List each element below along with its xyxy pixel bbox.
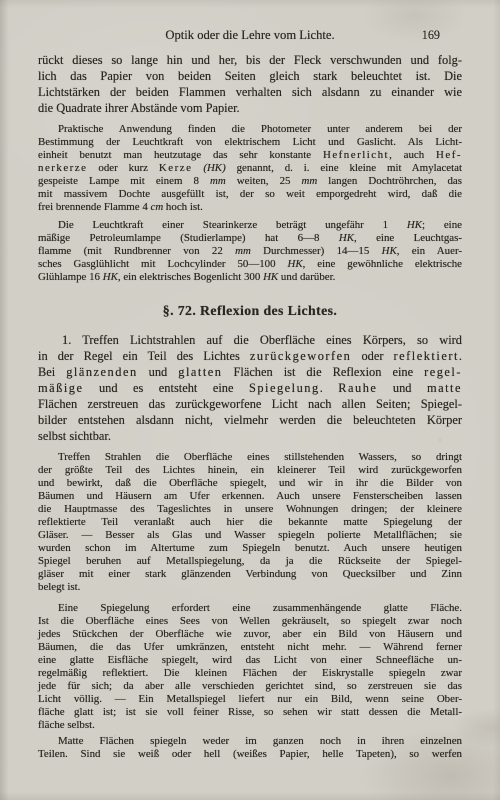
text-line: Matte Flächen spiegeln weder im ganzen n… xyxy=(38,735,462,748)
text-line: bilder entstehen alsdann nicht, vielmehr… xyxy=(38,412,462,428)
paragraph: Die Leuchtkraft einer Stearinkerze beträ… xyxy=(38,219,462,284)
text-line: die Hauptmasse des Tageslichtes in unser… xyxy=(38,503,462,516)
text-line: fläche glatt ist; ist sie voll feiner Ri… xyxy=(38,706,462,719)
text-line: die Quadrate ihrer Abstände vom Papier. xyxy=(38,100,462,116)
text-line: und bewirkt, daß die Oberfläche spiegelt… xyxy=(38,477,462,490)
text-line: jedes Stückchen der Oberfläche wie zuvor… xyxy=(38,628,462,641)
text-line: Bäumen und Häusern am Ufer erkennen. Auc… xyxy=(38,490,462,503)
text-line: der größte Teil des Lichtes hinein, ein … xyxy=(38,464,462,477)
text-line: Bei glänzenden und glatten Flächen ist d… xyxy=(38,364,462,380)
text-line: lich das Papier von beiden Seiten gleich… xyxy=(38,68,462,84)
text-line: mäßige Petroleumlampe (Studierlampe) hat… xyxy=(38,232,462,245)
paragraph: rückt dieses so lange hin und her, bis d… xyxy=(38,52,462,116)
text-line: jede für sich; da aber alle verschieden … xyxy=(38,680,462,693)
text-line: gläser mit einer stark glänzenden Verbin… xyxy=(38,568,462,581)
text-line: gespeiste Lampe mit einem 8 mm weiten, 2… xyxy=(38,175,462,188)
content: rückt dieses so lange hin und her, bis d… xyxy=(38,50,462,761)
text-line: Praktische Anwendung finden die Photomet… xyxy=(38,123,462,136)
text-line: Bestimmung der Leuchtkraft von elektrisc… xyxy=(38,136,462,149)
text-line: Flächen zerstreuen das zurückgeworfene L… xyxy=(38,396,462,412)
paragraph: 1. Treffen Lichtstrahlen auf die Oberflä… xyxy=(38,332,462,444)
text-line: wurden schon im Altertume zum Spiegeln b… xyxy=(38,542,462,555)
text-line: in der Regel ein Teil des Lichtes zurück… xyxy=(38,348,462,364)
text-line: Eine Spiegelung erfordert eine zusammenh… xyxy=(38,602,462,615)
text-line: flamme (mit Rundbrenner von 22 mm Durchm… xyxy=(38,245,462,258)
text-line: 1. Treffen Lichtstrahlen auf die Oberflä… xyxy=(38,332,462,348)
text-line: Ist die Oberfläche eines Sees von Wellen… xyxy=(38,615,462,628)
page-header: Optik oder die Lehre vom Lichte. 169 xyxy=(38,27,462,45)
text-line: fläche selbst. xyxy=(38,719,462,732)
text-line: mit massivem Dochte ausgefüllt ist, der … xyxy=(38,188,462,201)
text-line: sches Gasglühlicht mit Lochcylinder 50—1… xyxy=(38,258,462,271)
text-line: rückt dieses so lange hin und her, bis d… xyxy=(38,52,462,68)
paragraph: Matte Flächen spiegeln weder im ganzen n… xyxy=(38,735,462,761)
paragraph: Treffen Strahlen die Oberfläche eines st… xyxy=(38,451,462,594)
text-line: Glühlampe 16 HK, ein elektrisches Bogenl… xyxy=(38,271,462,284)
text-line: Gläser. — Besser als Glas und Wasser spi… xyxy=(38,529,462,542)
text-line: mäßige und es entsteht eine Spiegelung. … xyxy=(38,380,462,396)
text-line: regelmäßig reflektiert. Die kleinen Fläc… xyxy=(38,667,462,680)
scanned-book-page: Optik oder die Lehre vom Lichte. 169 rüc… xyxy=(0,0,500,800)
text-line: frei brennende Flamme 4 cm hoch ist. xyxy=(38,201,462,214)
text-line: Die Leuchtkraft einer Stearinkerze beträ… xyxy=(38,219,462,232)
text-line: eine glatte Eisfläche spiegelt, wird das… xyxy=(38,654,462,667)
text-line: belegt ist. xyxy=(38,581,462,594)
running-title: Optik oder die Lehre vom Lichte. xyxy=(38,27,462,43)
text-line: Treffen Strahlen die Oberfläche eines st… xyxy=(38,451,462,464)
text-line: Licht völlig. — Ein Metallspiegel liefer… xyxy=(38,693,462,706)
text-line: Lichtstärken der beiden Flammen verhalte… xyxy=(38,84,462,100)
text-line: einheit benutzt man heutzutage das sehr … xyxy=(38,149,462,162)
section-heading: §. 72. Reflexion des Lichtes. xyxy=(38,301,462,321)
text-line: Bäumen, die das Ufer umkränzen, entsteht… xyxy=(38,641,462,654)
text-line: Teilen. Sind sie weiß oder hell (weißes … xyxy=(38,748,462,761)
text-line: selbst sichtbar. xyxy=(38,428,462,444)
paragraph: Praktische Anwendung finden die Photomet… xyxy=(38,123,462,214)
text-line: nerkerze oder kurz Kerze (HK) genannt, d… xyxy=(38,162,462,175)
text-line: Spiegel beruhen auf Metallspiegelung, da… xyxy=(38,555,462,568)
text-line: reflektierte Teil veranlaßt auch hier di… xyxy=(38,516,462,529)
page-number: 169 xyxy=(422,27,440,43)
paragraph: Eine Spiegelung erfordert eine zusammenh… xyxy=(38,602,462,732)
